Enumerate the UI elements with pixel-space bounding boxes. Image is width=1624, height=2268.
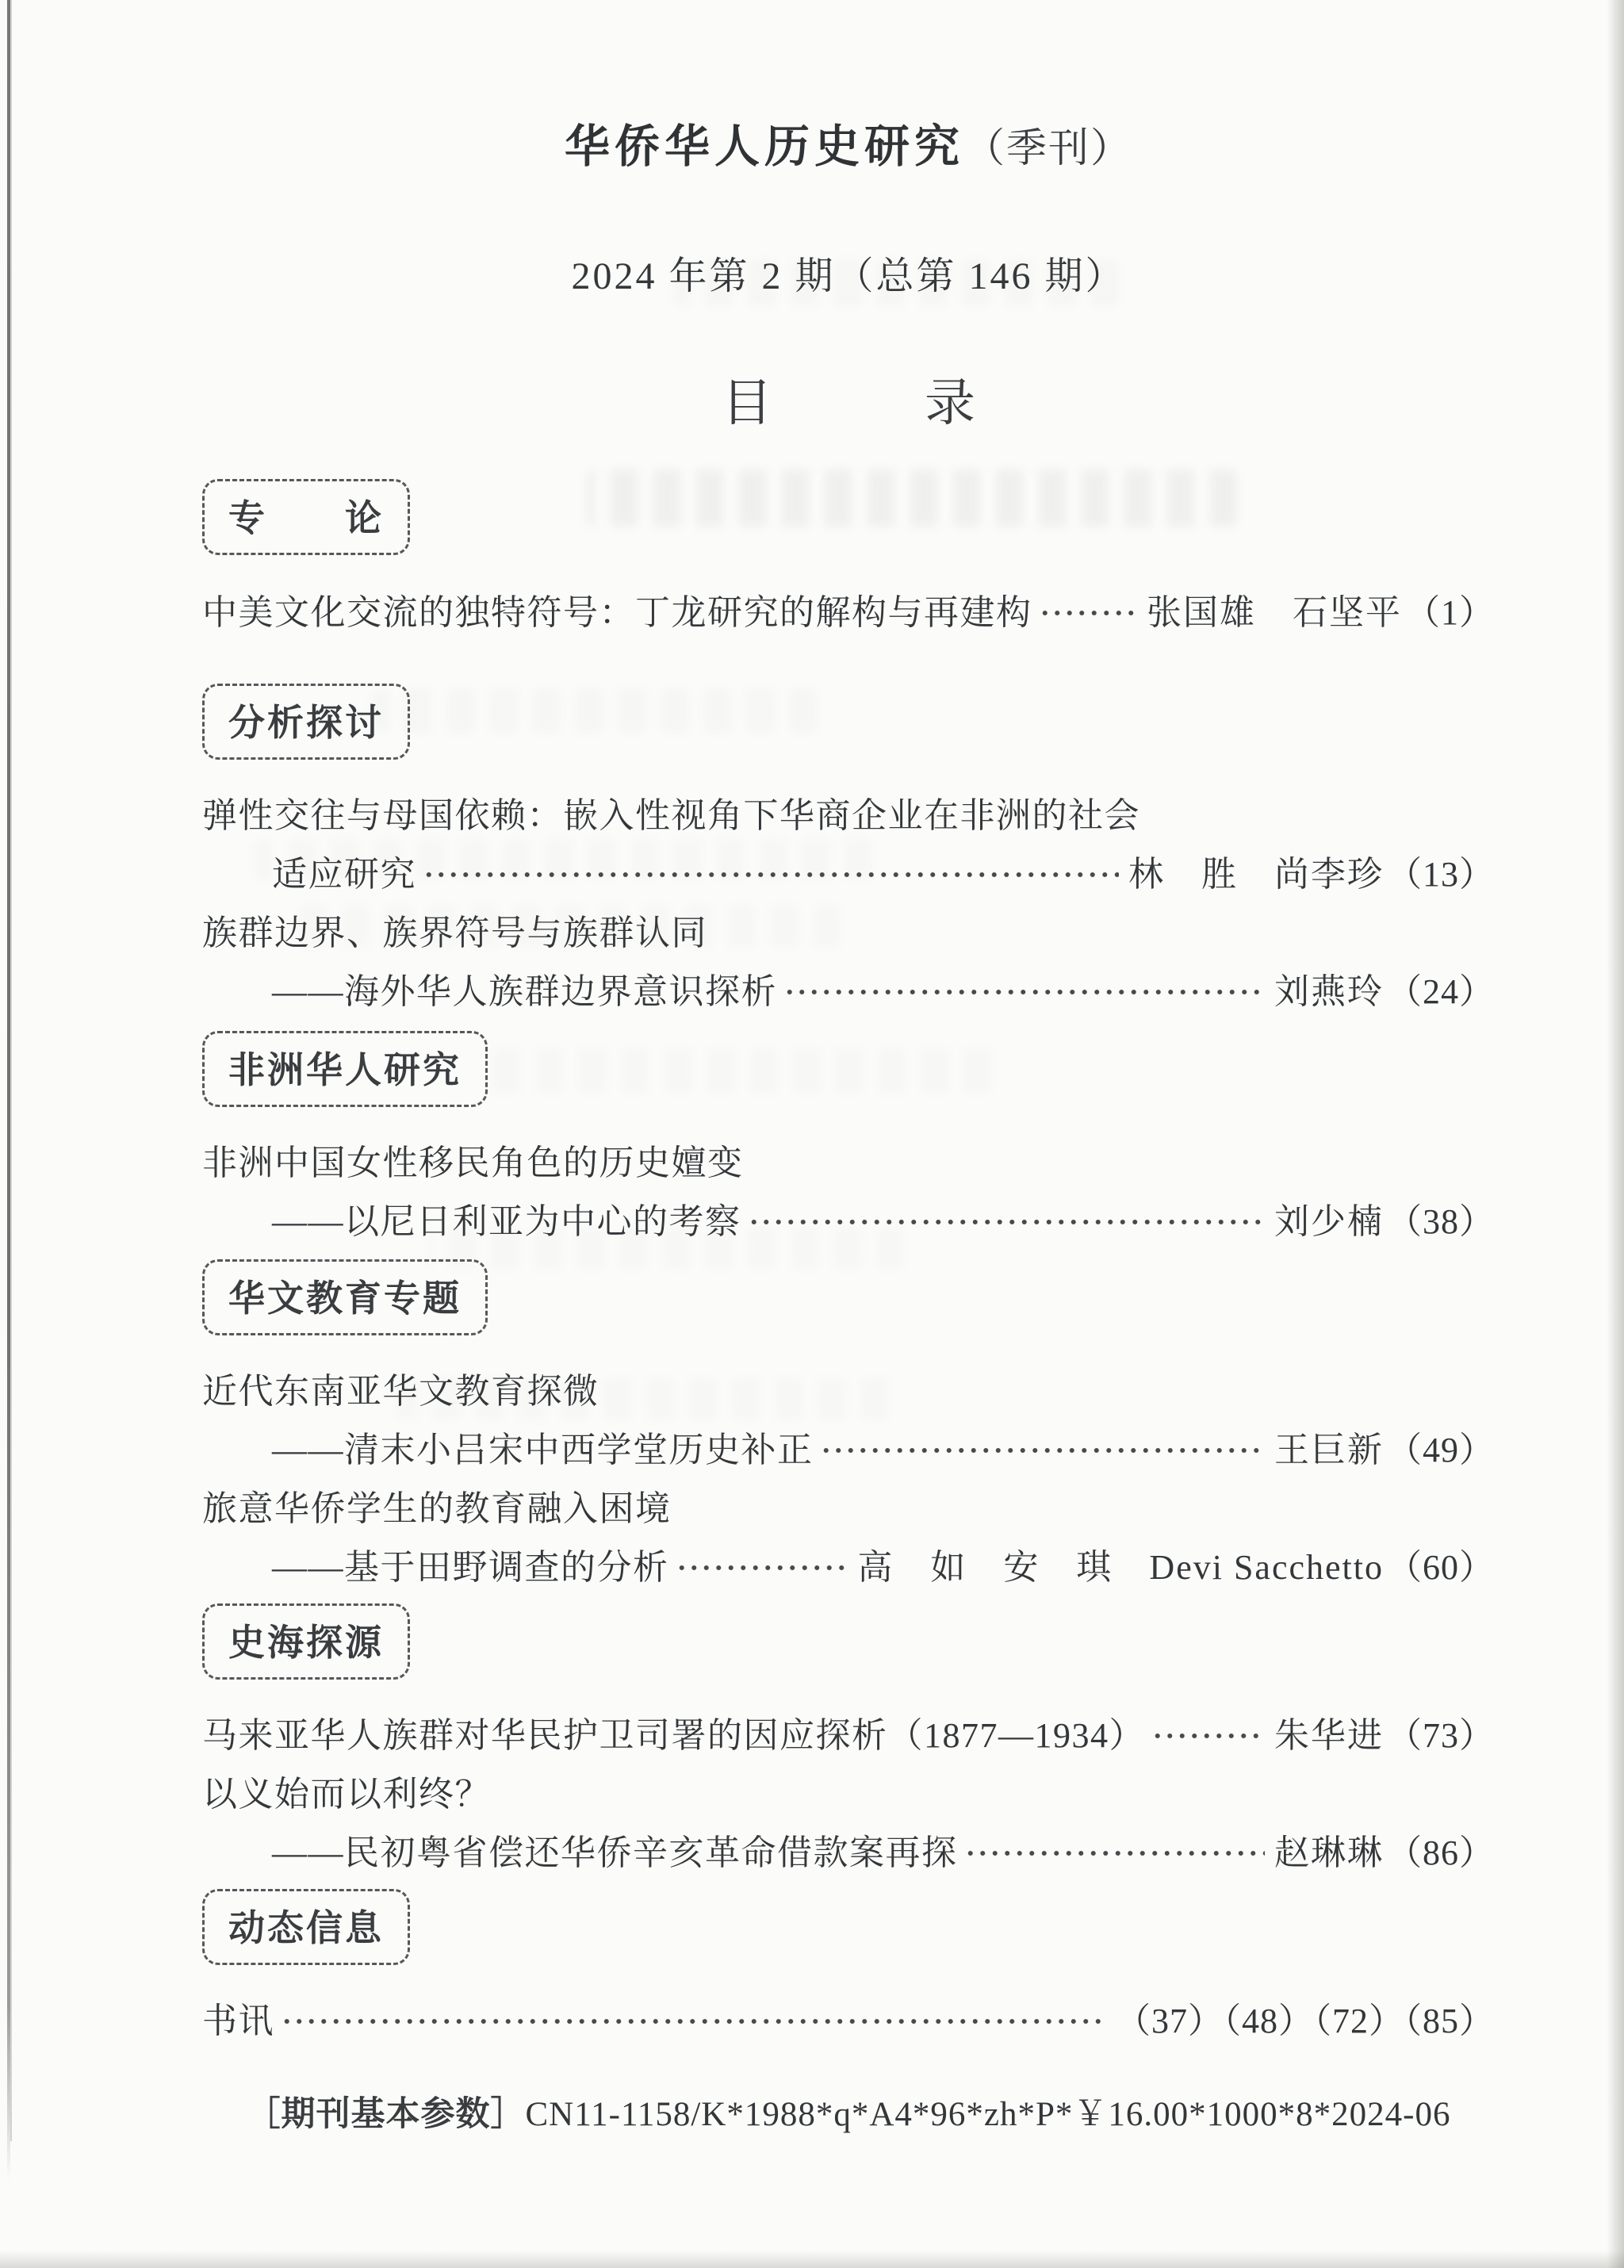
entry-page-number: （37）（48）（72）（85） xyxy=(1116,1997,1495,2046)
toc-entry-line: 以义始而以利终？ xyxy=(202,1770,1495,1819)
scan-edge-right-shadow xyxy=(1607,0,1624,2268)
entry-page-number: （73） xyxy=(1387,1711,1495,1760)
dot-leader xyxy=(964,1848,1266,1858)
entry-title: 旅意华侨学生的教育融入困境 xyxy=(202,1485,672,1534)
dot-leader xyxy=(820,1446,1266,1455)
journal-parameters-line: ［期刊基本参数］CN11-1158/K*1988*q*A4*96*zh*P*￥1… xyxy=(202,2092,1495,2137)
section-label-box: 分析探讨 xyxy=(202,684,410,760)
entry-title: 非洲中国女性移民角色的历史嬗变 xyxy=(202,1139,744,1188)
toc-entry-line: ——以尼日利亚为中心的考察 刘少楠 （38） xyxy=(202,1197,1495,1247)
section-label-box: 动态信息 xyxy=(202,1889,410,1965)
journal-title-main: 华侨华人历史研究 xyxy=(565,122,964,172)
entry-authors: 林 胜 尚李珍 xyxy=(1128,850,1384,899)
toc-section-dongtaixinxi: 动态信息 书讯 （37）（48）（72）（85） xyxy=(202,1889,1495,2046)
entry-authors: 刘燕玲 xyxy=(1274,967,1384,1017)
toc-entry-line: 非洲中国女性移民角色的历史嬗变 xyxy=(202,1139,1495,1188)
entry-subtitle: ——基于田野调查的分析 xyxy=(272,1543,669,1592)
entry-page-number: （24） xyxy=(1387,967,1495,1017)
journal-parameters-label: ［期刊基本参数］ xyxy=(247,2095,526,2133)
toc-section-feizhouhuarenyanjiu: 非洲华人研究 非洲中国女性移民角色的历史嬗变 ——以尼日利亚为中心的考察 刘少楠… xyxy=(202,1031,1495,1247)
toc-section-huawenjiaoyuzhuanti: 华文教育专题 近代东南亚华文教育探微 ——清末小吕宋中西学堂历史补正 王巨新 （… xyxy=(202,1259,1495,1592)
entry-authors: 张国雄 石坚平 xyxy=(1147,588,1402,638)
journal-parameters-value: CN11-1158/K*1988*q*A4*96*zh*P*￥16.00*100… xyxy=(526,2096,1451,2133)
toc-entry-line: 中美文化交流的独特符号：丁龙研究的解构与再建构 张国雄 石坚平 （1） xyxy=(202,588,1495,638)
entry-authors: 朱华进 xyxy=(1274,1711,1384,1760)
toc-section-fenxitantao: 分析探讨 弹性交往与母国依赖：嵌入性视角下华商企业在非洲的社会 适应研究 林 胜… xyxy=(202,684,1495,1017)
section-label-box: 非洲华人研究 xyxy=(202,1031,488,1107)
entry-title: 族群边界、族界符号与族群认同 xyxy=(202,909,707,958)
entry-subtitle: ——民初粤省偿还华侨辛亥革命借款案再探 xyxy=(272,1829,958,1878)
entry-title: 近代东南亚华文教育探微 xyxy=(202,1367,599,1416)
entry-page-number: （1） xyxy=(1405,588,1495,638)
entry-subtitle: ——清末小吕宋中西学堂历史补正 xyxy=(272,1426,814,1475)
entry-title: 中美文化交流的独特符号：丁龙研究的解构与再建构 xyxy=(202,588,1032,638)
entry-page-number: （38） xyxy=(1387,1197,1495,1247)
toc-heading: 目 录 xyxy=(202,372,1495,435)
toc-section-zhuanlun: 专 论 中美文化交流的独特符号：丁龙研究的解构与再建构 张国雄 石坚平 （1） xyxy=(202,479,1495,638)
entry-subtitle: ——海外华人族群边界意识探析 xyxy=(272,967,777,1017)
toc-section-shihaitanyuan: 史海探源 马来亚华人族群对华民护卫司署的因应探析（1877—1934） 朱华进 … xyxy=(202,1603,1495,1878)
dot-leader xyxy=(281,2017,1106,2026)
toc-entry-line: ——清末小吕宋中西学堂历史补正 王巨新 （49） xyxy=(202,1426,1495,1475)
entry-title: 书讯 xyxy=(202,1997,274,2046)
journal-title-suffix: （季刊） xyxy=(964,127,1132,171)
journal-title: 华侨华人历史研究（季刊） xyxy=(202,119,1495,178)
entry-subtitle: ——以尼日利亚为中心的考察 xyxy=(272,1197,741,1247)
scan-edge-bottom-shadow xyxy=(0,2251,1624,2268)
scanned-journal-toc-page: 华侨华人历史研究（季刊） 2024 年第 2 期（总第 146 期） 目 录 专… xyxy=(0,0,1624,2268)
entry-title: 马来亚华人族群对华民护卫司署的因应探析（1877—1934） xyxy=(202,1711,1145,1760)
dot-leader xyxy=(783,987,1265,997)
scan-edge-left-line-2 xyxy=(10,0,12,2141)
entry-title-continued: 适应研究 xyxy=(272,850,416,899)
dot-leader xyxy=(1039,608,1138,618)
toc-entry-line: 适应研究 林 胜 尚李珍 （13） xyxy=(202,850,1495,899)
section-label-box: 华文教育专题 xyxy=(202,1259,488,1335)
entry-page-number: （49） xyxy=(1387,1426,1495,1475)
toc-entry-line: ——海外华人族群边界意识探析 刘燕玲 （24） xyxy=(202,967,1495,1017)
toc-content: 华侨华人历史研究（季刊） 2024 年第 2 期（总第 146 期） 目 录 专… xyxy=(202,0,1495,2137)
entry-authors: 刘少楠 xyxy=(1274,1197,1384,1247)
dot-leader xyxy=(423,870,1119,879)
toc-entry-line: 弹性交往与母国依赖：嵌入性视角下华商企业在非洲的社会 xyxy=(202,791,1495,841)
entry-title: 弹性交往与母国依赖：嵌入性视角下华商企业在非洲的社会 xyxy=(202,791,1140,841)
entry-authors: 赵琳琳 xyxy=(1274,1829,1384,1878)
dot-leader xyxy=(1151,1731,1265,1741)
section-label-box: 专 论 xyxy=(202,479,410,555)
toc-entry-line: ——民初粤省偿还华侨辛亥革命借款案再探 赵琳琳 （86） xyxy=(202,1829,1495,1878)
dot-leader xyxy=(748,1217,1266,1227)
toc-entry-line: 马来亚华人族群对华民护卫司署的因应探析（1877—1934） 朱华进 （73） xyxy=(202,1711,1495,1760)
entry-page-number: （13） xyxy=(1387,850,1495,899)
entry-authors: 王巨新 xyxy=(1274,1426,1384,1475)
toc-entry-line: ——基于田野调查的分析 高 如 安 琪 Devi Sacchetto （60） xyxy=(202,1543,1495,1592)
toc-entry-line: 书讯 （37）（48）（72）（85） xyxy=(202,1997,1495,2046)
entry-page-number: （60） xyxy=(1387,1543,1495,1592)
dot-leader xyxy=(676,1563,848,1573)
toc-entry-line: 近代东南亚华文教育探微 xyxy=(202,1367,1495,1416)
entry-page-number: （86） xyxy=(1387,1829,1495,1878)
toc-entry-line: 旅意华侨学生的教育融入困境 xyxy=(202,1485,1495,1534)
toc-entry-line: 族群边界、族界符号与族群认同 xyxy=(202,909,1495,958)
issue-line: 2024 年第 2 期（总第 146 期） xyxy=(202,253,1495,301)
entry-authors: 高 如 安 琪 Devi Sacchetto xyxy=(857,1543,1384,1592)
entry-title: 以义始而以利终？ xyxy=(202,1770,491,1819)
section-label-box: 史海探源 xyxy=(202,1603,410,1680)
